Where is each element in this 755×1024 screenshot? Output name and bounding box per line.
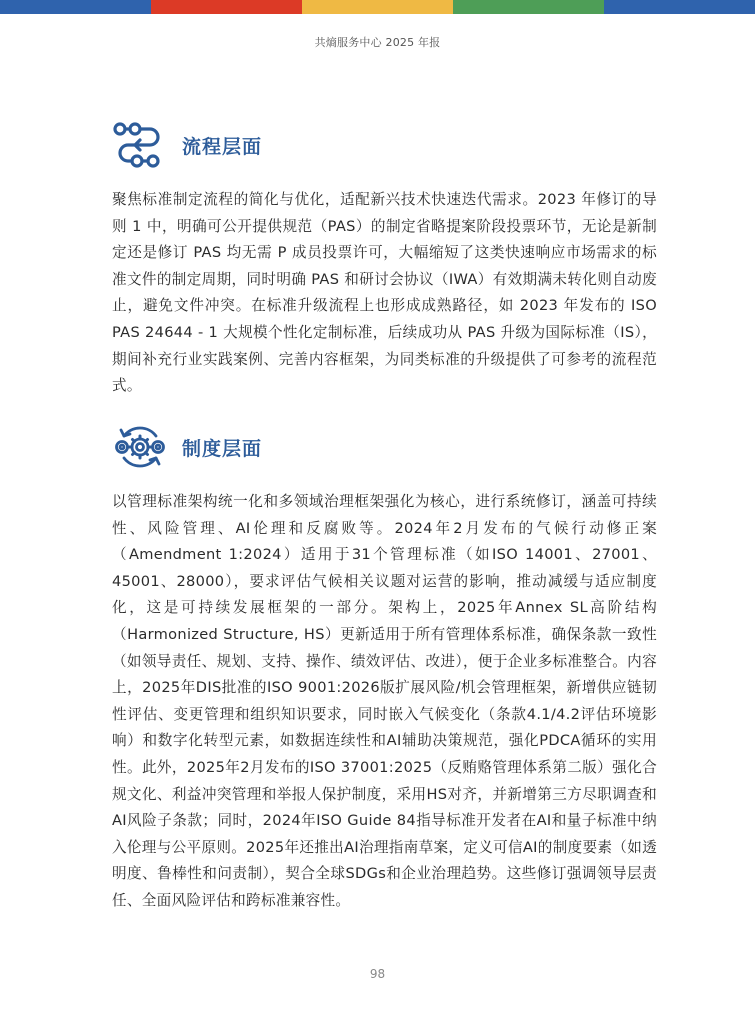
section-body-system: 以管理标准架构统一化和多领域治理框架强化为核心，进行系统修订，涵盖可持续性、风险… (112, 489, 657, 915)
color-bar-segment-yellow (302, 0, 453, 14)
section-body-process: 聚焦标准制定流程的简化与优化，适配新兴技术快速迭代需求。2023 年修订的导则 … (112, 187, 657, 400)
top-color-bar (0, 0, 755, 14)
page-number: 98 (0, 967, 755, 981)
section-title-system: 制度层面 (182, 434, 262, 461)
color-bar-segment-blue-end (604, 0, 755, 14)
process-flow-icon (112, 120, 168, 170)
color-bar-segment-blue (0, 0, 151, 14)
running-header: 共熵服务中心 2025 年报 (0, 34, 755, 50)
section-heading-process: 流程层面 (112, 120, 262, 170)
section-title-process: 流程层面 (182, 132, 262, 159)
color-bar-segment-red (151, 0, 302, 14)
color-bar-segment-green (453, 0, 604, 14)
gears-cycle-icon (112, 422, 168, 472)
section-heading-system: 制度层面 (112, 422, 262, 472)
